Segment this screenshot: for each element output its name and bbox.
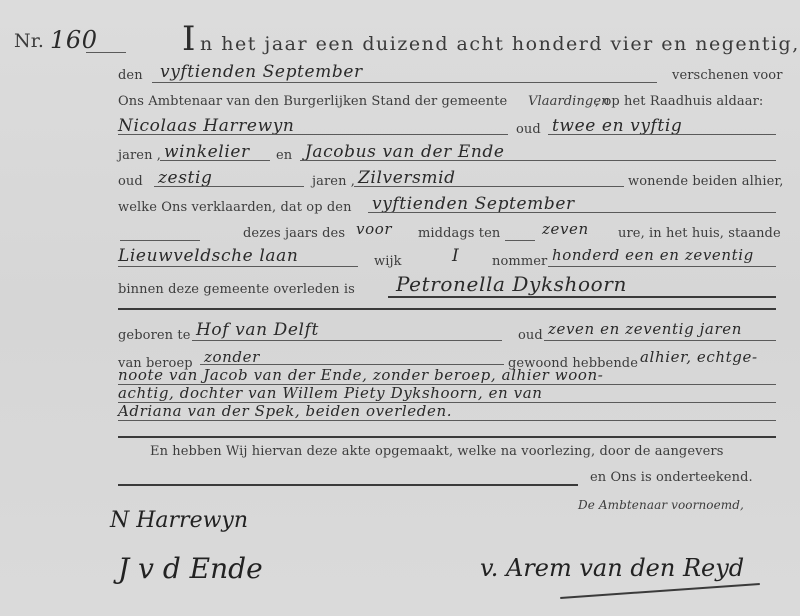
ward: I (452, 246, 459, 266)
opening-capital: I (182, 22, 195, 56)
narrative-rule-3 (118, 420, 776, 421)
opening-line: n het jaar een duizend acht honderd vier… (200, 33, 800, 55)
death-date: vyftienden September (372, 194, 575, 214)
street-line (118, 266, 358, 267)
blank-line-1 (120, 240, 200, 241)
full-rule-2 (118, 436, 776, 438)
geboren-label: geboren te (118, 328, 191, 343)
deceased-age: zeven en zeventig jaren (548, 320, 742, 338)
record-number-label: Nr. (14, 30, 44, 52)
signature-official: v. Arem van den Reyd (480, 554, 744, 582)
jaren-label-2: jaren , (312, 174, 355, 189)
house-number: honderd een en zeventig (552, 246, 754, 264)
official-label: De Ambtenaar voornoemd, (578, 498, 744, 512)
den-label: den (118, 68, 143, 83)
dezes-jaars-label: dezes jaars des (243, 226, 345, 241)
date-line (152, 82, 657, 83)
hour: zeven (542, 220, 589, 238)
wijk-label: wijk (374, 254, 402, 269)
informant2-age-line (154, 186, 304, 187)
closing-text-1: En hebben Wij hiervan deze akte opgemaak… (150, 444, 723, 459)
en-label: en (276, 148, 292, 163)
civil-death-record: Nr. 160 I n het jaar een duizend acht ho… (0, 0, 800, 616)
closing-text-2: en Ons is onderteekend. (590, 470, 753, 485)
number-underline (86, 52, 126, 53)
jaren-label-1: jaren , (118, 148, 161, 163)
oud-label-2: oud (118, 174, 143, 189)
informant2-occupation: Zilversmid (358, 168, 456, 188)
oud-label-1: oud (516, 122, 541, 137)
informant1-name: Nicolaas Harrewyn (118, 116, 294, 136)
deceased-line (388, 296, 776, 298)
residence: alhier, echtge- (640, 348, 758, 366)
record-number: 160 (50, 26, 98, 54)
oud-label-3: oud (518, 328, 543, 343)
informant2-line (300, 160, 776, 161)
informant2-age: zestig (158, 168, 213, 188)
death-date-line (368, 212, 776, 213)
verschenen-label: verschenen voor (672, 68, 783, 83)
raadhuis-text: , op het Raadhuis aldaar: (595, 94, 763, 109)
occupation1-line (160, 160, 270, 161)
middags-label: middags ten (418, 226, 500, 241)
narrative-line-1: noote van Jacob van der Ende, zonder ber… (118, 366, 603, 384)
informant1-line (118, 134, 508, 135)
house-number-line (548, 266, 776, 267)
full-rule-1 (118, 308, 776, 310)
nommer-label: nommer (492, 254, 547, 269)
signature-informant1: N Harrewyn (110, 508, 248, 533)
birthplace-line (192, 340, 502, 341)
hour-line-a (505, 240, 535, 241)
informant2-name: Jacobus van der Ende (305, 142, 505, 162)
time-of-day: voor (356, 220, 392, 238)
signature-informant2: J v d Ende (118, 552, 263, 585)
wonende-label: wonende beiden alhier, (628, 174, 783, 189)
signature-flourish (560, 583, 760, 598)
deceased-age-line (544, 340, 776, 341)
informant1-age: twee en vyftig (552, 116, 682, 136)
birthplace: Hof van Delft (196, 320, 319, 340)
closing-rule (118, 484, 578, 486)
appearance-date: vyftienden September (160, 62, 363, 82)
informant1-age-line (548, 134, 776, 135)
street: Lieuwveldsche laan (118, 246, 298, 266)
narrative-line-2: achtig, dochter van Willem Piety Dykshoo… (118, 384, 543, 402)
occupation-line (200, 364, 504, 365)
ure-label: ure, in het huis, staande (618, 226, 781, 241)
informant1-occupation: winkelier (164, 142, 250, 162)
deceased-name: Petronella Dykshoorn (396, 272, 627, 296)
occupation2-line (354, 186, 624, 187)
verklaarden-text: welke Ons verklaarden, dat op den (118, 200, 352, 215)
ambtenaar-text: Ons Ambtenaar van den Burgerlijken Stand… (118, 94, 507, 109)
narrative-line-3: Adriana van der Spek, beiden overleden. (118, 402, 452, 420)
overleden-text: binnen deze gemeente overleden is (118, 282, 355, 297)
